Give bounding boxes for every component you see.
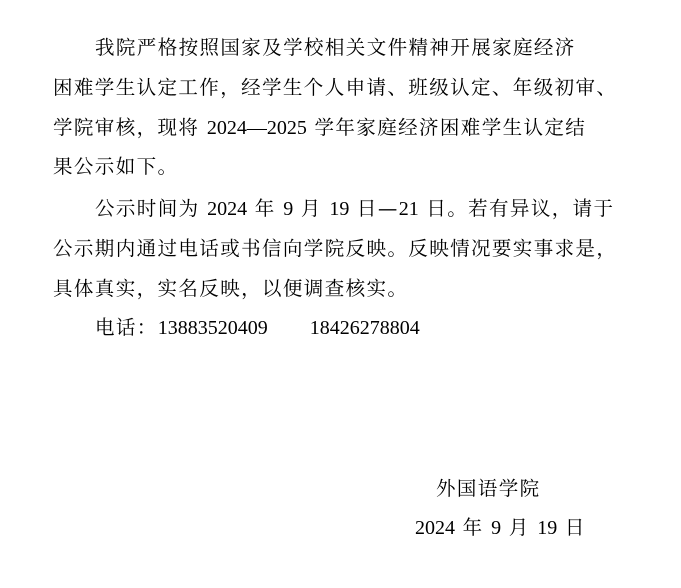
paragraph-text: 我院严格按照国家及学校相关文件精神开展家庭经济	[95, 36, 576, 59]
contact-label: 电话：	[95, 316, 158, 339]
date-label: 年	[455, 516, 491, 539]
paragraph-text: 月	[293, 197, 329, 220]
month: 9	[283, 198, 293, 220]
year: 2024	[207, 198, 247, 220]
phone-number-2: 18426278804	[310, 317, 420, 339]
date-day: 19	[537, 517, 557, 539]
paragraph-text: 学院审核，现将	[53, 116, 207, 139]
notice-document: 我院严格按照国家及学校相关文件精神开展家庭经济 困难学生认定工作，经学生个人申请…	[0, 0, 681, 588]
paragraph1-line3: 学院审核，现将 2024—2025 学年家庭经济困难学生认定结	[53, 116, 586, 140]
date-month: 9	[491, 517, 501, 539]
paragraph-text: 公示期内通过电话或书信向学院反映。反映情况要实事求是，	[53, 237, 617, 260]
paragraph-text: 困难学生认定工作，经学生个人申请、班级认定、年级初审、	[53, 76, 617, 99]
start-day: 19	[329, 198, 349, 220]
academic-year: 2024—2025	[207, 117, 307, 139]
signature-date: 2024 年 9 月 19 日	[415, 516, 586, 540]
paragraph-text: 日。若有异议，请于	[419, 197, 615, 220]
paragraph1-line2: 困难学生认定工作，经学生个人申请、班级认定、年级初审、	[53, 76, 617, 100]
paragraph2-line2: 公示期内通过电话或书信向学院反映。反映情况要实事求是，	[53, 237, 617, 261]
date-year: 2024	[415, 517, 455, 539]
paragraph2-line1: 公示时间为 2024 年 9 月 19 日—21 日。若有异议，请于	[95, 197, 614, 221]
paragraph1-line1: 我院严格按照国家及学校相关文件精神开展家庭经济	[95, 36, 576, 60]
date-label: 月	[501, 516, 537, 539]
date-label: 日	[557, 516, 586, 539]
contact-line: 电话：1388352040918426278804	[95, 316, 420, 340]
paragraph-text: 年	[247, 197, 283, 220]
end-day: 21	[399, 198, 419, 220]
paragraph-text: 日—	[349, 197, 398, 220]
signature-org: 外国语学院	[436, 477, 541, 501]
paragraph-text: 果公示如下。	[53, 155, 178, 178]
paragraph-text: 具体真实，实名反映，以便调查核实。	[53, 277, 408, 300]
org-name: 外国语学院	[436, 477, 541, 500]
paragraph-text: 学年家庭经济困难学生认定结	[307, 116, 586, 139]
paragraph-text: 公示时间为	[95, 197, 207, 220]
paragraph1-line4: 果公示如下。	[53, 155, 178, 179]
phone-number-1: 13883520409	[158, 317, 268, 339]
paragraph2-line3: 具体真实，实名反映，以便调查核实。	[53, 277, 408, 301]
